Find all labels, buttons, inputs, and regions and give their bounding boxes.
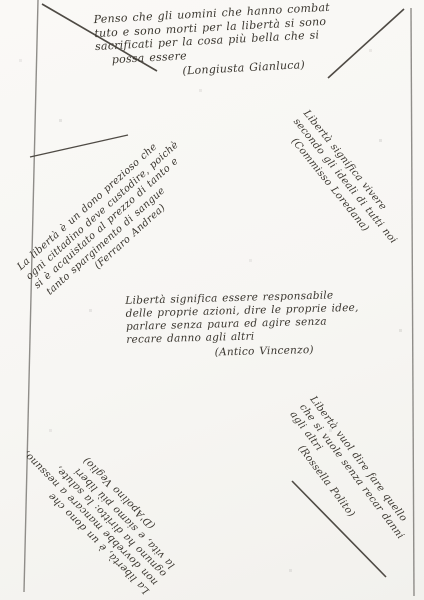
top-right-diagonal-line [328,9,404,78]
left-page-edge-line [24,0,38,592]
quote-block-longiusta: Penso che gli uomini che hanno combat tu… [93,1,328,83]
mid-left-separator-line [30,135,128,157]
right-page-edge-line [411,8,414,596]
quote-block-antico: Libertà significa essere responsabile de… [125,289,345,362]
scanned-document-page: Penso che gli uomini che hanno combat tu… [0,0,424,600]
